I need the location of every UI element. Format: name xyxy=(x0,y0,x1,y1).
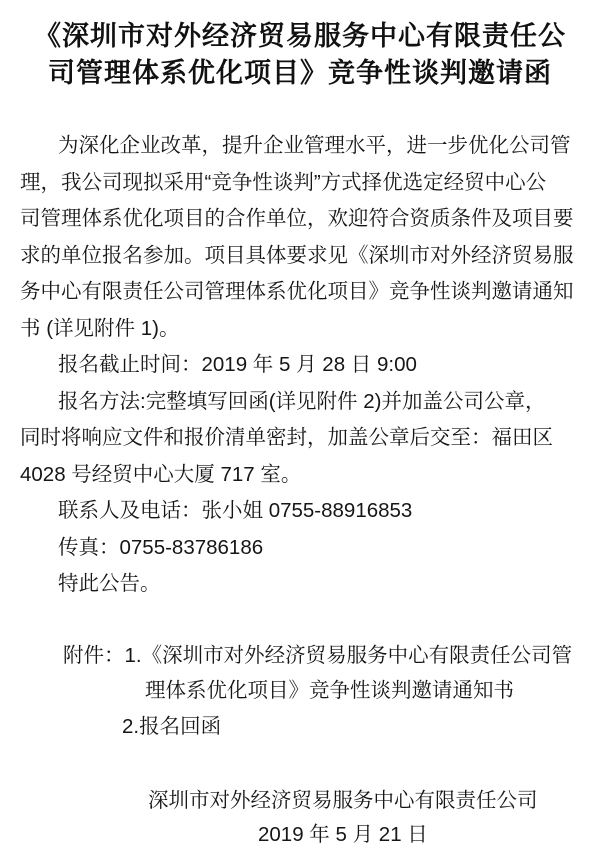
body-line-intro-4: 求的单位报名参加。项目具体要求见《深圳市对外经济贸易服 xyxy=(20,238,600,275)
attachment-line-3: 2.报名回函 xyxy=(20,709,600,745)
attachments-section: 附件：1.《深圳市对外经济贸易服务中心有限责任公司管 理体系优化项目》竞争性谈判… xyxy=(0,638,600,745)
body-line-method-2: 同时将响应文件和报价清单密封，加盖公章后交至：福田区 xyxy=(20,420,600,457)
body-line-intro-5: 务中心有限责任公司管理体系优化项目》竞争性谈判邀请通知 xyxy=(20,274,600,311)
body-line-method-1: 报名方法:完整填写回函(详见附件 2)并加盖公司公章， xyxy=(20,384,600,421)
body-line-fax: 传真：0755-83786186 xyxy=(20,530,600,567)
body-line-notice: 特此公告。 xyxy=(20,566,600,603)
body-line-deadline: 报名截止时间：2019 年 5 月 28 日 9:00 xyxy=(20,347,600,384)
title-line-1: 《深圳市对外经济贸易服务中心有限责任公 xyxy=(0,18,600,55)
signature-block: 深圳市对外经济贸易服务中心有限责任公司 2019 年 5 月 21 日 xyxy=(0,784,600,852)
document-page: 《深圳市对外经济贸易服务中心有限责任公 司管理体系优化项目》竞争性谈判邀请函 为… xyxy=(0,0,600,854)
body-line-method-3: 4028 号经贸中心大厦 717 室。 xyxy=(20,457,600,494)
body-line-intro-1: 为深化企业改革，提升企业管理水平，进一步优化公司管 xyxy=(20,128,600,165)
signature-company: 深圳市对外经济贸易服务中心有限责任公司 xyxy=(20,784,600,818)
attachment-line-1: 附件：1.《深圳市对外经济贸易服务中心有限责任公司管 xyxy=(20,638,600,674)
attachment-line-2: 理体系优化项目》竞争性谈判邀请通知书 xyxy=(20,673,600,709)
title-line-2: 司管理体系优化项目》竞争性谈判邀请函 xyxy=(0,55,600,92)
body-line-intro-3: 司管理体系优化项目的合作单位，欢迎符合资质条件及项目要 xyxy=(20,201,600,238)
body-line-contact: 联系人及电话：张小姐 0755-88916853 xyxy=(20,493,600,530)
document-body: 为深化企业改革，提升企业管理水平，进一步优化公司管 理，我公司现拟采用“竞争性谈… xyxy=(0,128,600,603)
body-line-intro-2: 理，我公司现拟采用“竞争性谈判”方式择优选定经贸中心公 xyxy=(20,165,600,202)
signature-date: 2019 年 5 月 21 日 xyxy=(20,818,600,852)
document-title: 《深圳市对外经济贸易服务中心有限责任公 司管理体系优化项目》竞争性谈判邀请函 xyxy=(0,0,600,92)
body-line-intro-6: 书 (详见附件 1)。 xyxy=(20,311,600,348)
